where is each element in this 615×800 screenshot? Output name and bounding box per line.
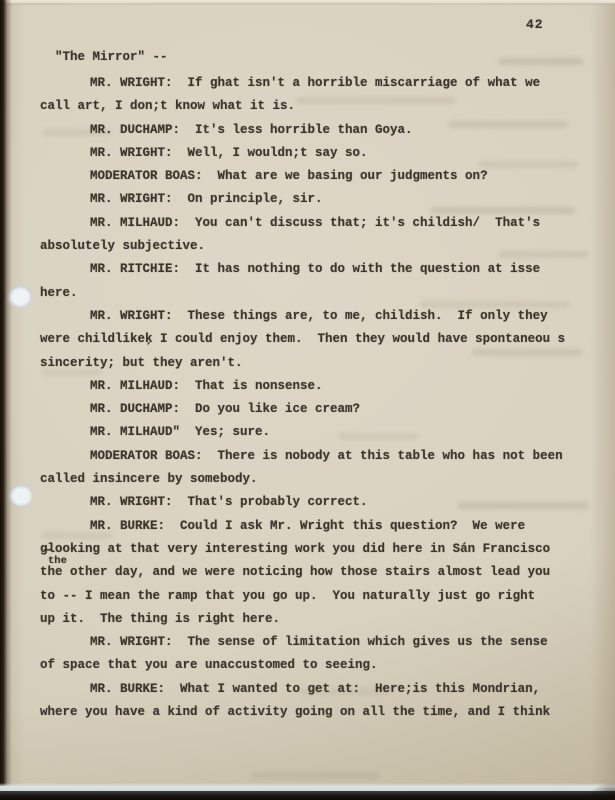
punch-hole (10, 287, 31, 307)
transcript-line: to -- I mean the ramp that you go up. Yo… (40, 585, 600, 608)
scan-edge-left (0, 0, 12, 800)
scan-corner-shadow (575, 774, 615, 800)
document-page: 42 "The Mirror" -- MR. WRIGHT: If ghat i… (0, 0, 615, 800)
scan-edge-bottom (0, 791, 615, 800)
bleed-through-mark (250, 772, 380, 779)
transcript-line: g̶looking at that very interesting work … (40, 538, 600, 561)
transcript-body: MR. WRIGHT: If ghat isn't a horrible mis… (40, 72, 600, 724)
transcript-line: MR. MILHAUD: That is nonsense. (40, 375, 600, 398)
transcript-line: call art, I don;t know what it is. (40, 95, 600, 118)
transcript-line: MR. BURKE: Could I ask Mr. Wright this q… (40, 515, 600, 538)
transcript-line: the other day, and we were noticing how … (40, 561, 600, 584)
transcript-line: MODERATOR BOAS: What are we basing our j… (40, 165, 600, 188)
transcript-line: were childlikeķ I could enjoy them. Then… (40, 328, 600, 351)
transcript-line: MR. WRIGHT: On principle, sir. (40, 188, 600, 211)
transcript-line: absolutely subjective. (40, 235, 600, 258)
transcript-line: of space that you are unaccustomed to se… (40, 654, 600, 677)
transcript-line: MR. WRIGHT: These things are, to me, chi… (40, 305, 600, 328)
transcript-line: MODERATOR BOAS: There is nobody at this … (40, 445, 600, 468)
transcript-line: MR. DUCHAMP: Do you like ice cream? (40, 398, 600, 421)
transcript-line: MR. DUCHAMP: It's less horrible than Goy… (40, 119, 600, 142)
bleed-through-mark (498, 58, 583, 65)
transcript-line: MR. WRIGHT: That's probably correct. (40, 491, 600, 514)
page-title: "The Mirror" -- (55, 50, 168, 64)
transcript-line: MR. BURKE: What I wanted to get at: Here… (40, 678, 600, 701)
paper-edge-top (0, 0, 615, 5)
transcript-line: MR. WRIGHT: Well, I wouldn;t say so. (40, 142, 600, 165)
transcript-line: MR. MILHAUD: You can't discuss that; it'… (40, 212, 600, 235)
punch-hole (11, 486, 32, 506)
transcript-line: MR. RITCHIE: It has nothing to do with t… (40, 258, 600, 281)
transcript-line: up it. The thing is right here. (40, 608, 600, 631)
transcript-line: sincerity; but they aren't. (40, 352, 600, 375)
transcript-line: MR. WRIGHT: The sense of limitation whic… (40, 631, 600, 654)
transcript-line: called insincere by somebody. (40, 468, 600, 491)
transcript-line: where you have a kind of activity going … (40, 701, 600, 724)
page-number: 42 (526, 17, 544, 32)
transcript-line: MR. MILHAUD" Yes; sure. (40, 421, 600, 444)
transcript-line: here. (40, 282, 600, 305)
paper-edge-bottom (0, 783, 615, 791)
transcript-line: MR. WRIGHT: If ghat isn't a horrible mis… (40, 72, 600, 95)
